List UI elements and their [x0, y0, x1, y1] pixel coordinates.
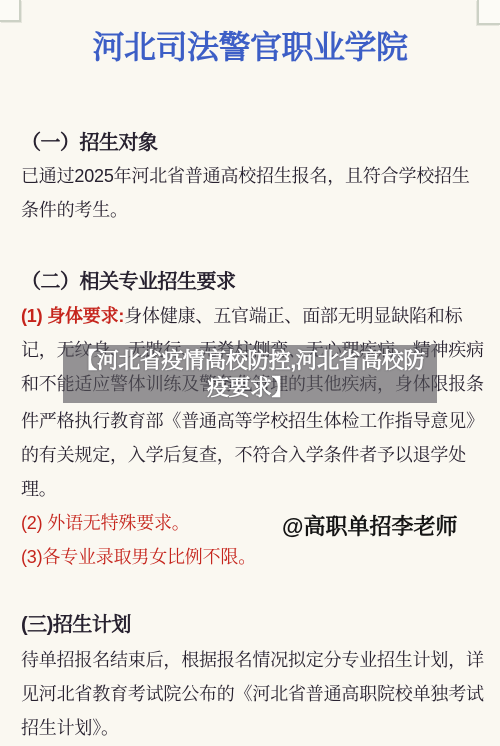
section-1-heading: （一）招生对象: [21, 130, 158, 156]
watermark-author-handle: @高职单招李老师: [282, 513, 457, 541]
page-title: 河北司法警官职业学院: [0, 27, 500, 67]
requirement-1-body-line: 理。: [21, 477, 57, 501]
section-3-heading: (三)招生计划: [21, 612, 131, 638]
watermark-overlay-box: 【河北省疫情高校防控,河北省高校防 疫要求】: [63, 345, 437, 403]
requirement-1-body-line: 的有关规定，入学后复查，不符合入学条件者予以退学处: [21, 443, 466, 467]
section-3-body-line: 见河北省教育考试院公布的《河北省普通高职院校单独考试: [21, 682, 484, 706]
section-1-body-line: 条件的考生。: [21, 198, 128, 222]
section-3-body-line: 待单招报名结束后，根据报名情况拟定分专业招生计划，详: [21, 648, 484, 672]
requirement-3-text: (3)各专业录取男女比例不限。: [21, 545, 256, 569]
requirement-2-text: (2) 外语无特殊要求。: [21, 511, 190, 535]
requirement-1-line: (1) 身体要求:身体健康、五官端正、面部无明显缺陷和标: [21, 304, 462, 328]
screenshot-corner-mark-top-left: [0, 0, 21, 22]
screenshot-corner-mark-top-right: [477, 0, 500, 25]
requirement-1-body-line: 件严格执行教育部《普通高等学校招生体检工作指导意见》: [21, 409, 484, 433]
document-page: 河北司法警官职业学院 （一）招生对象 已通过2025年河北省普通高校招生报名，且…: [0, 0, 500, 746]
requirement-1-text: 身体健康、五官端正、面部无明显缺陷和标: [124, 306, 462, 326]
watermark-overlay-text-line: 【河北省疫情高校防控,河北省高校防: [75, 347, 425, 374]
section-2-heading: （二）相关专业招生要求: [21, 269, 236, 295]
watermark-overlay-text-line: 疫要求】: [207, 374, 293, 401]
section-3-body-line: 招生计划》。: [21, 716, 119, 740]
requirement-1-label: (1) 身体要求:: [21, 306, 124, 326]
section-1-body-line: 已通过2025年河北省普通高校招生报名，且符合学校招生: [21, 164, 470, 188]
